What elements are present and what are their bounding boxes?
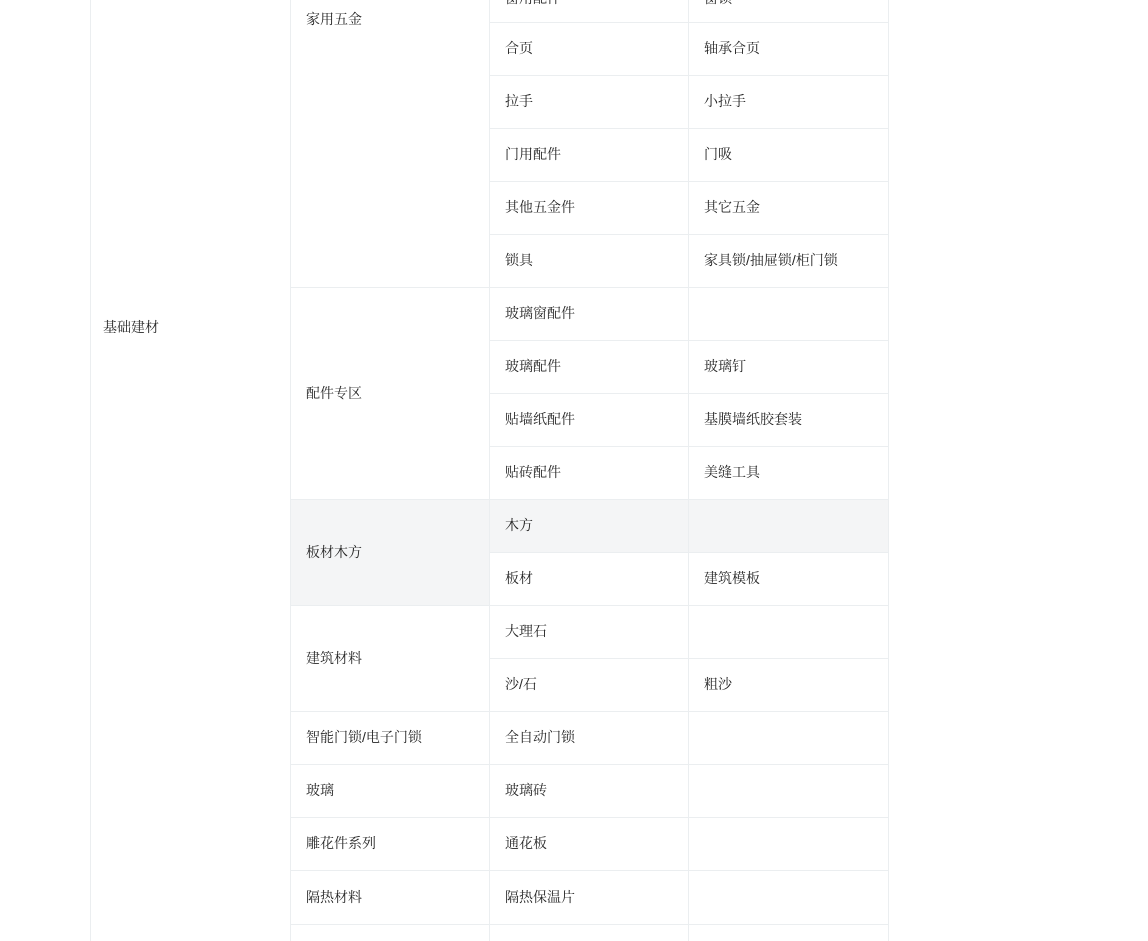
section-divider [290, 605, 888, 606]
level2-category[interactable]: 板材木方 [306, 542, 362, 562]
level2-category[interactable]: 建筑材料 [306, 648, 362, 668]
column-divider [888, 0, 889, 941]
level3-category[interactable]: 合页 [505, 38, 533, 58]
row-divider [489, 75, 888, 76]
level3-category[interactable]: 锁具 [505, 250, 533, 270]
level3-category[interactable]: 大理石 [505, 621, 547, 641]
level3-category[interactable]: 玻璃砖 [505, 780, 547, 800]
column-divider [90, 0, 91, 941]
level4-category[interactable]: 其它五金 [704, 197, 760, 217]
level3-category[interactable]: 板材 [505, 568, 533, 588]
level3-category[interactable]: 隔热保温片 [505, 887, 575, 907]
level3-category[interactable]: 沙/石 [505, 674, 537, 694]
level3-category[interactable]: 木方 [505, 515, 533, 535]
level3-category[interactable]: 窗用配件 [505, 0, 561, 8]
category-tree-table: 基础建材 家用五金 配件专区 板材木方 建筑材料 智能门锁/电子门锁 玻璃 雕花… [0, 0, 1148, 941]
level2-category[interactable]: 雕花件系列 [306, 833, 376, 853]
level1-category[interactable]: 基础建材 [103, 317, 159, 337]
row-divider [489, 340, 888, 341]
level4-category[interactable]: 粗沙 [704, 674, 732, 694]
level2-category[interactable]: 智能门锁/电子门锁 [306, 727, 422, 747]
level4-category[interactable]: 建筑模板 [704, 568, 760, 588]
row-divider [489, 446, 888, 447]
row-divider [489, 234, 888, 235]
section-divider [290, 924, 888, 925]
level4-category[interactable]: 美缝工具 [704, 462, 760, 482]
column-divider [489, 0, 490, 941]
level3-category[interactable]: 全自动门锁 [505, 727, 575, 747]
level3-category[interactable]: 其他五金件 [505, 197, 575, 217]
level3-category[interactable]: 贴墙纸配件 [505, 409, 575, 429]
column-divider [688, 0, 689, 941]
level4-category[interactable]: 家具锁/抽屉锁/柜门锁 [704, 250, 838, 270]
level2-category[interactable]: 配件专区 [306, 383, 362, 403]
row-divider [489, 552, 888, 553]
level4-category[interactable]: 基膜墙纸胶套装 [704, 409, 802, 429]
level3-category[interactable]: 玻璃窗配件 [505, 303, 575, 323]
section-divider [290, 870, 888, 871]
row-divider [489, 22, 888, 23]
level2-category[interactable]: 隔热材料 [306, 887, 362, 907]
level3-category[interactable]: 通花板 [505, 833, 547, 853]
section-divider [290, 287, 888, 288]
section-divider [290, 817, 888, 818]
level4-category[interactable]: 窗锁 [704, 0, 732, 8]
row-divider [489, 128, 888, 129]
level3-category[interactable]: 拉手 [505, 91, 533, 111]
section-divider [290, 764, 888, 765]
level2-category[interactable]: 家用五金 [306, 9, 362, 29]
level4-category[interactable]: 玻璃钉 [704, 356, 746, 376]
row-divider [489, 393, 888, 394]
row-divider [489, 658, 888, 659]
level4-category[interactable]: 小拉手 [704, 91, 746, 111]
level4-category[interactable]: 门吸 [704, 144, 732, 164]
level3-category[interactable]: 玻璃配件 [505, 356, 561, 376]
section-divider [290, 499, 888, 500]
level4-category[interactable]: 轴承合页 [704, 38, 760, 58]
level3-category[interactable]: 贴砖配件 [505, 462, 561, 482]
level2-category[interactable]: 玻璃 [306, 780, 334, 800]
column-divider [290, 0, 291, 941]
row-divider [489, 181, 888, 182]
level3-category[interactable]: 门用配件 [505, 144, 561, 164]
section-divider [290, 711, 888, 712]
